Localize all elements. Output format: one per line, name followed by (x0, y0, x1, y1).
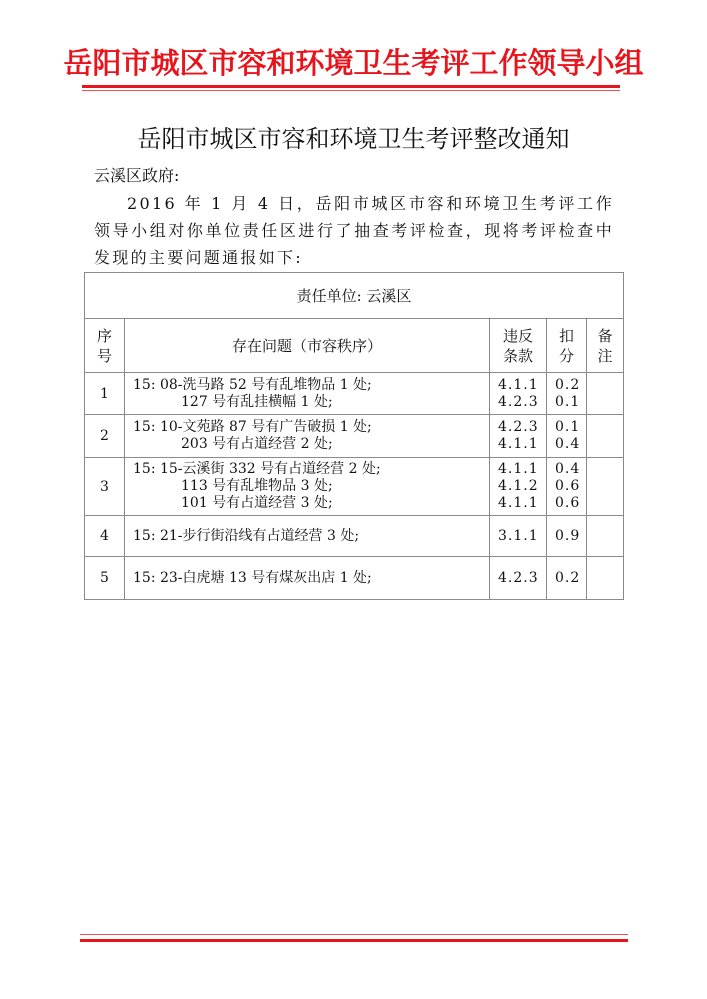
header-score: 扣分 (547, 319, 587, 373)
clause: 3.1.1 (498, 528, 546, 545)
row-issues: 15: 10-文苑路 87 号有广告破损 1 处; 203 号有占道经营 2 处… (125, 415, 490, 458)
row-seq: 3 (85, 458, 125, 516)
row-scores: 0.2 (547, 557, 587, 600)
clause: 4.1.2 (498, 478, 546, 495)
header-clause-line2: 条款 (503, 347, 533, 365)
letterhead-rule-thick (82, 85, 620, 88)
row-seq: 2 (85, 415, 125, 458)
issue-line: 15: 10-文苑路 87 号有广告破损 1 处; (133, 419, 489, 436)
row-scores: 0.9 (547, 516, 587, 557)
issue-line: 127 号有乱挂横幅 1 处; (133, 394, 489, 411)
table-row: 1 15: 08-洗马路 52 号有乱堆物品 1 处; 127 号有乱挂横幅 1… (85, 373, 624, 415)
row-remark (587, 557, 624, 600)
score: 0.6 (555, 478, 586, 495)
row-remark (587, 516, 624, 557)
score: 0.4 (555, 436, 586, 453)
letterhead-rule-thin (82, 90, 620, 91)
issues-table: 责任单位: 云溪区 序号 存在问题（市容秩序） 违反条款 扣分 备注 1 15:… (84, 272, 624, 600)
issue-line: 15: 08-洗马路 52 号有乱堆物品 1 处; (133, 377, 489, 394)
score: 0.2 (555, 570, 586, 587)
row-issues: 15: 15-云溪街 332 号有占道经营 2 处; 113 号有乱堆物品 3 … (125, 458, 490, 516)
issue-line: 15: 23-白虎塘 13 号有煤灰出店 1 处; (133, 570, 489, 587)
row-scores: 0.4 0.6 0.6 (547, 458, 587, 516)
score: 0.1 (555, 419, 586, 436)
header-score-line2: 分 (559, 347, 574, 365)
score: 0.1 (555, 394, 586, 411)
body-paragraph: 2016 年 1 月 4 日，岳阳市城区市容和环境卫生考评工作领导小组对你单位责… (94, 190, 614, 271)
row-clauses: 3.1.1 (490, 516, 547, 557)
table-row: 5 15: 23-白虎塘 13 号有煤灰出店 1 处; 4.2.3 0.2 (85, 557, 624, 600)
row-issues: 15: 21-步行街沿线有占道经营 3 处; (125, 516, 490, 557)
header-issue: 存在问题（市容秩序） (125, 319, 490, 373)
footer-rule-thick (80, 939, 628, 942)
score: 0.2 (555, 377, 586, 394)
header-clause-line1: 违反 (503, 327, 533, 345)
row-remark (587, 458, 624, 516)
row-scores: 0.2 0.1 (547, 373, 587, 415)
header-score-line1: 扣 (559, 327, 574, 345)
clause: 4.1.1 (498, 461, 546, 478)
clause: 4.2.3 (498, 419, 546, 436)
row-seq: 1 (85, 373, 125, 415)
issue-line: 15: 21-步行街沿线有占道经营 3 处; (133, 528, 489, 545)
unit-row: 责任单位: 云溪区 (85, 273, 624, 319)
header-remark-line2: 注 (597, 347, 612, 365)
header-seq: 序号 (85, 319, 125, 373)
row-seq: 5 (85, 557, 125, 600)
score: 0.6 (555, 495, 586, 512)
clause: 4.1.1 (498, 377, 546, 394)
header-remark: 备注 (587, 319, 624, 373)
table-row: 3 15: 15-云溪街 332 号有占道经营 2 处; 113 号有乱堆物品 … (85, 458, 624, 516)
clause: 4.2.3 (498, 394, 546, 411)
row-issues: 15: 08-洗马路 52 号有乱堆物品 1 处; 127 号有乱挂横幅 1 处… (125, 373, 490, 415)
header-remark-line1: 备 (597, 327, 612, 345)
issue-line: 203 号有占道经营 2 处; (133, 436, 489, 453)
header-clause: 违反条款 (490, 319, 547, 373)
row-remark (587, 415, 624, 458)
score: 0.9 (555, 528, 586, 545)
table-row: 2 15: 10-文苑路 87 号有广告破损 1 处; 203 号有占道经营 2… (85, 415, 624, 458)
footer-rule-thin (80, 934, 628, 935)
responsible-unit: 责任单位: 云溪区 (85, 273, 624, 319)
header-row: 序号 存在问题（市容秩序） 违反条款 扣分 备注 (85, 319, 624, 373)
row-issues: 15: 23-白虎塘 13 号有煤灰出店 1 处; (125, 557, 490, 600)
header-seq-line1: 序 (97, 327, 112, 345)
issue-line: 15: 15-云溪街 332 号有占道经营 2 处; (133, 461, 489, 478)
salutation: 云溪区政府: (94, 165, 179, 187)
row-clauses: 4.1.1 4.2.3 (490, 373, 547, 415)
row-scores: 0.1 0.4 (547, 415, 587, 458)
score: 0.4 (555, 461, 586, 478)
clause: 4.1.1 (498, 436, 546, 453)
issue-line: 101 号有占道经营 3 处; (133, 495, 489, 512)
document-title: 岳阳市城区市容和环境卫生考评整改通知 (0, 123, 707, 155)
row-clauses: 4.1.1 4.1.2 4.1.1 (490, 458, 547, 516)
row-clauses: 4.2.3 4.1.1 (490, 415, 547, 458)
clause: 4.2.3 (498, 570, 546, 587)
row-seq: 4 (85, 516, 125, 557)
header-seq-line2: 号 (97, 347, 112, 365)
row-clauses: 4.2.3 (490, 557, 547, 600)
issue-line: 113 号有乱堆物品 3 处; (133, 478, 489, 495)
letterhead-title: 岳阳市城区市容和环境卫生考评工作领导小组 (0, 46, 707, 80)
table-row: 4 15: 21-步行街沿线有占道经营 3 处; 3.1.1 0.9 (85, 516, 624, 557)
row-remark (587, 373, 624, 415)
clause: 4.1.1 (498, 495, 546, 512)
